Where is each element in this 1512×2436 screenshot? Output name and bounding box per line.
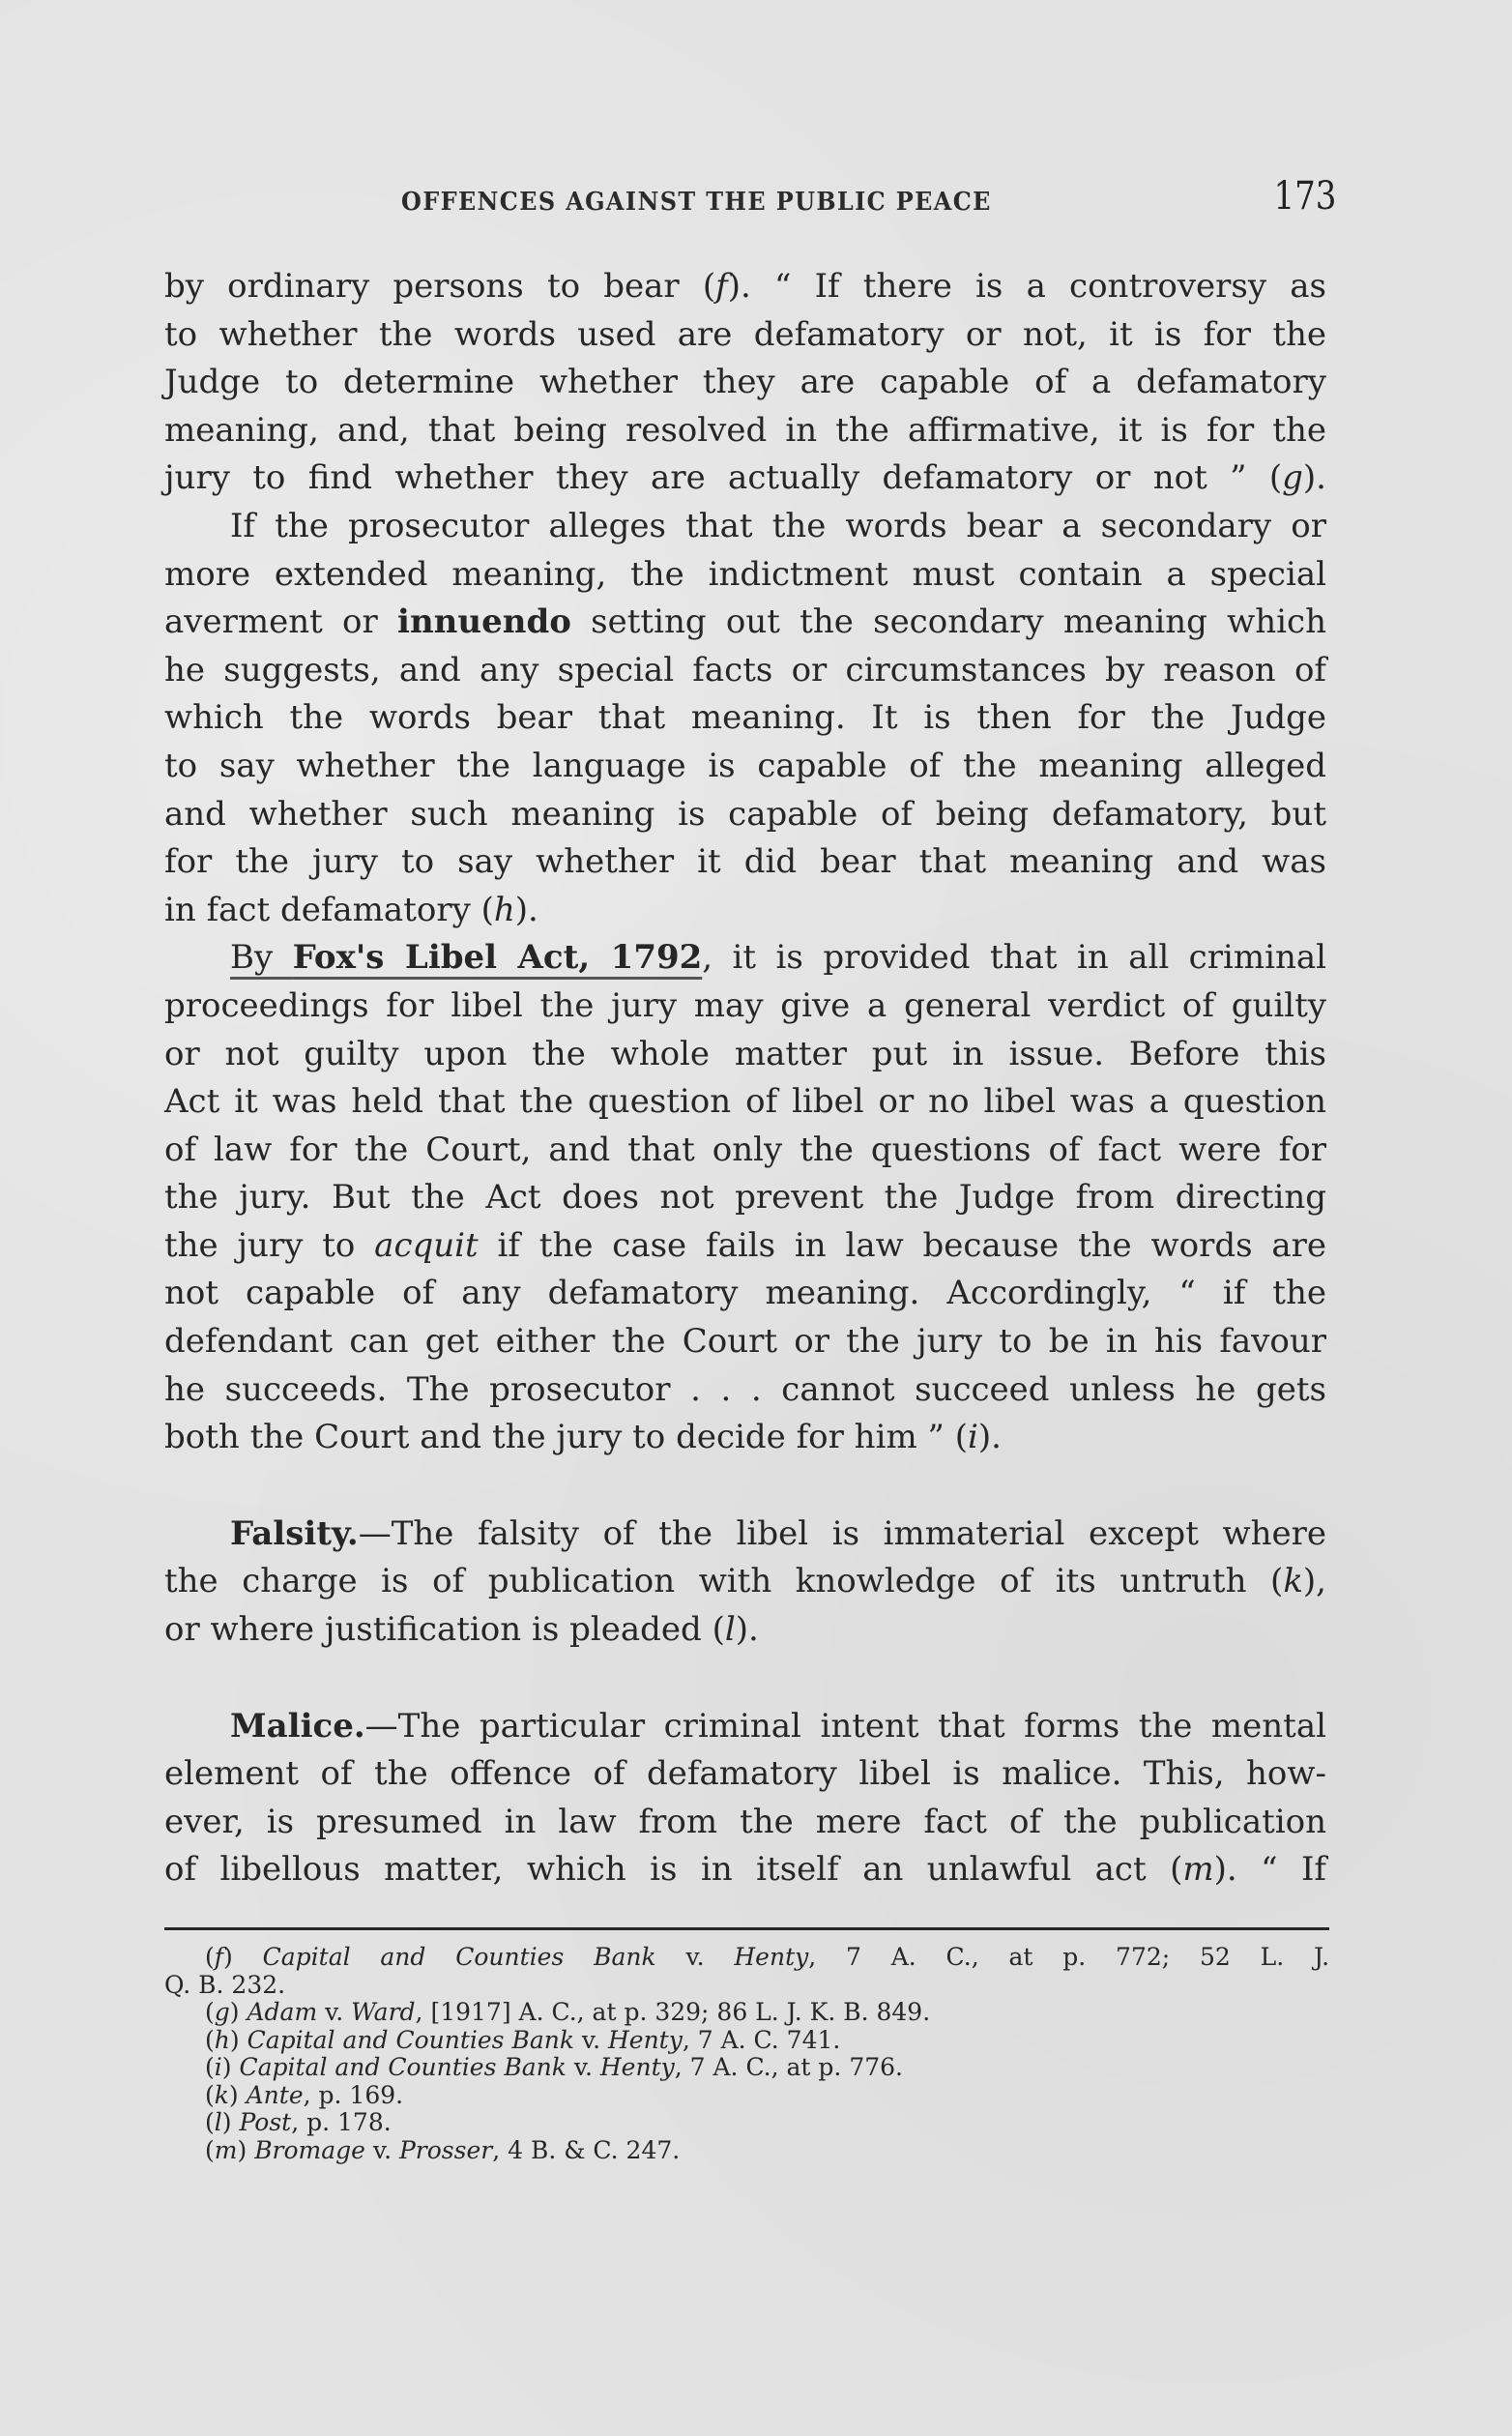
paragraph-continuation: by ordinary persons to bear (f). “ If th… bbox=[164, 263, 1326, 503]
section-heading-malice: Malice. bbox=[230, 1707, 365, 1746]
text-line: the charge is of publication with knowle… bbox=[164, 1558, 1326, 1606]
text-line: Malice.—The particular criminal intent t… bbox=[164, 1703, 1326, 1751]
text-line: Act it was held that the question of lib… bbox=[164, 1078, 1326, 1127]
text-line: element of the offence of defamatory lib… bbox=[164, 1750, 1326, 1799]
footnote-ref: f bbox=[715, 267, 728, 306]
footnote-ref: l bbox=[725, 1610, 736, 1649]
text-line: Judge to determine whether they are capa… bbox=[164, 359, 1326, 407]
text-line: and whether such meaning is capable of b… bbox=[164, 791, 1326, 839]
text-line: Falsity.—The falsity of the libel is imm… bbox=[164, 1511, 1326, 1559]
text-line: which the words bear that meaning. It is… bbox=[164, 694, 1326, 743]
text-line: By Fox's Libel Act, 1792, it is provided… bbox=[164, 934, 1326, 983]
text-line: If the prosecutor alleges that the words… bbox=[164, 503, 1326, 551]
underlined-phrase: By Fox's Libel Act, 1792 bbox=[230, 938, 702, 977]
text-line: jury to find whether they are actually d… bbox=[164, 455, 1326, 503]
footnote-ref: i bbox=[968, 1418, 978, 1456]
footnote-h: (h) Capital and Counties Bank v. Henty, … bbox=[164, 2027, 1329, 2055]
section-malice: Malice.—The particular criminal intent t… bbox=[164, 1703, 1326, 1894]
text-line: for the jury to say whether it did bear … bbox=[164, 838, 1326, 887]
text-line: by ordinary persons to bear (f). “ If th… bbox=[164, 263, 1326, 311]
paragraph-innuendo: If the prosecutor alleges that the words… bbox=[164, 503, 1326, 934]
text-line: the jury to acquit if the case fails in … bbox=[164, 1222, 1326, 1271]
page-number: 173 bbox=[1273, 174, 1336, 219]
text-line: of libellous matter, which is in itself … bbox=[164, 1846, 1326, 1894]
text-line: he succeeds. The prosecutor . . . cannot… bbox=[164, 1366, 1326, 1415]
text-line: or not guilty upon the whole matter put … bbox=[164, 1031, 1326, 1079]
text-line: of law for the Court, and that only the … bbox=[164, 1127, 1326, 1175]
footnote-rule bbox=[164, 1927, 1329, 1930]
text-line: to whether the words used are defamatory… bbox=[164, 311, 1326, 360]
text-line: the jury. But the Act does not prevent t… bbox=[164, 1174, 1326, 1222]
text-line: or where justification is pleaded (l). bbox=[164, 1606, 1326, 1655]
text-line: to say whether the language is capable o… bbox=[164, 743, 1326, 791]
paragraph-fox-libel-act: By Fox's Libel Act, 1792, it is provided… bbox=[164, 934, 1326, 1462]
footnote-ref: k bbox=[1283, 1562, 1303, 1600]
footnotes: (f) Capital and Counties Bank v. Henty, … bbox=[164, 1920, 1329, 2164]
book-page: OFFENCES AGAINST THE PUBLIC PEACE 173 by… bbox=[0, 0, 1512, 2436]
footnote-ref: m bbox=[1182, 1850, 1213, 1889]
section-gap bbox=[164, 1462, 1326, 1511]
section-gap bbox=[164, 1655, 1326, 1703]
text-line: he suggests, and any special facts or ci… bbox=[164, 647, 1326, 695]
section-heading-falsity: Falsity. bbox=[230, 1514, 359, 1553]
footnote-f: (f) Capital and Counties Bank v. Henty, … bbox=[164, 1944, 1329, 1972]
text-line: more extended meaning, the indictment mu… bbox=[164, 551, 1326, 600]
text-line: defendant can get either the Court or th… bbox=[164, 1318, 1326, 1366]
section-falsity: Falsity.—The falsity of the libel is imm… bbox=[164, 1511, 1326, 1655]
text-line: not capable of any defamatory meaning. A… bbox=[164, 1270, 1326, 1318]
italic-term: acquit bbox=[374, 1226, 479, 1265]
bold-term: innuendo bbox=[397, 602, 571, 641]
text-line: in fact defamatory (h). bbox=[164, 887, 1326, 935]
footnote-l: (l) Post, p. 178. bbox=[164, 2109, 1329, 2137]
text-line: both the Court and the jury to decide fo… bbox=[164, 1414, 1326, 1462]
footnote-k: (k) Ante, p. 169. bbox=[164, 2082, 1329, 2110]
footnote-i: (i) Capital and Counties Bank v. Henty, … bbox=[164, 2054, 1329, 2082]
text-line: meaning, and, that being resolved in the… bbox=[164, 407, 1326, 455]
text-line: proceedings for libel the jury may give … bbox=[164, 983, 1326, 1031]
bold-term: Fox's Libel Act, 1792 bbox=[293, 938, 703, 977]
running-title: OFFENCES AGAINST THE PUBLIC PEACE bbox=[401, 188, 992, 217]
running-head: OFFENCES AGAINST THE PUBLIC PEACE 173 bbox=[164, 174, 1336, 232]
footnote-m: (m) Bromage v. Prosser, 4 B. & C. 247. bbox=[164, 2137, 1329, 2165]
text-line: averment or innuendo setting out the sec… bbox=[164, 599, 1326, 647]
footnote-g: (g) Adam v. Ward, [1917] A. C., at p. 32… bbox=[164, 1999, 1329, 2027]
text-line: ever, is presumed in law from the mere f… bbox=[164, 1799, 1326, 1847]
footnote-ref: g bbox=[1282, 458, 1303, 497]
footnote-ref: h bbox=[494, 891, 515, 929]
body-text: by ordinary persons to bear (f). “ If th… bbox=[164, 263, 1326, 1894]
footnote-f-continuation: Q. B. 232. bbox=[164, 1972, 1329, 2000]
